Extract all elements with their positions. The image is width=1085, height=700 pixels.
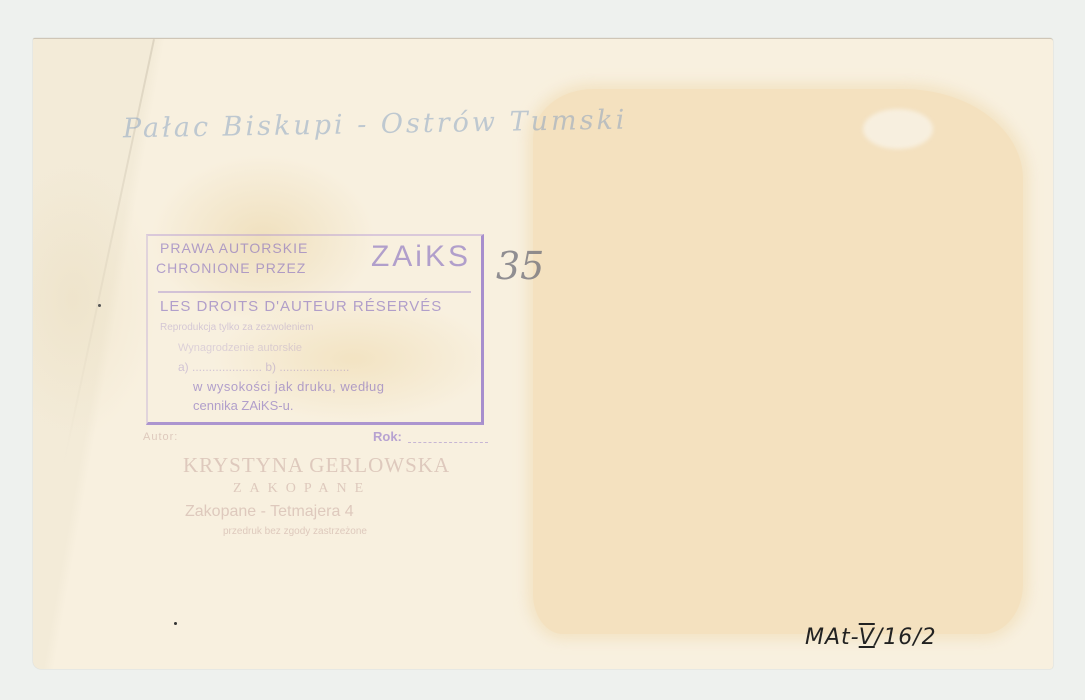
pencil-number: 35: [496, 244, 544, 288]
stamp-line-1: PRAWA AUTORSKIE: [160, 240, 308, 256]
stamp-divider: [158, 291, 471, 293]
stamp-line-8: cennika ZAiKS-u.: [193, 398, 293, 413]
stamp-brand: ZAiKS: [371, 240, 471, 274]
stamp-line-2: CHRONIONE PRZEZ: [156, 260, 306, 276]
crease-line: [62, 39, 155, 470]
photo-back-card: Pałac Biskupi - Ostrów Tumski PRAWA AUTO…: [33, 38, 1053, 669]
catalog-suffix: /16/2: [875, 625, 937, 650]
photographer-address: Zakopane - Tetmajera 4: [185, 503, 354, 521]
stamp-line-6: a) ..................... b) ............…: [178, 360, 349, 374]
catalog-prefix: MAt-: [805, 625, 859, 650]
paper-residue-patch: [533, 89, 1023, 634]
stamp-line-7: w wysokości jak druku, według: [193, 379, 385, 394]
catalog-roman: V: [859, 625, 875, 650]
dust-speck: [98, 304, 101, 307]
photographer-name: KRYSTYNA GERLOWSKA: [183, 453, 450, 478]
photographer-city: ZAKOPANE: [233, 481, 371, 497]
stamp-line-4: Reprodukcja tylko za zezwoleniem: [160, 322, 313, 333]
pencil-number-text: 35: [496, 244, 544, 288]
photographer-label: Autor:: [143, 431, 178, 443]
stamp-year-line: [408, 442, 488, 443]
stamp-line-3: LES DROITS D'AUTEUR RÉSERVÉS: [160, 298, 442, 315]
zaiks-copyright-stamp: PRAWA AUTORSKIE CHRONIONE PRZEZ ZAiKS LE…: [146, 234, 484, 425]
dust-speck: [174, 622, 177, 625]
catalog-number: MAt-V/16/2: [805, 625, 937, 650]
stamp-line-5: Wynagrodzenie autorskie: [178, 342, 302, 354]
photographer-note: przedruk bez zgody zastrzeżone: [223, 526, 367, 537]
stamp-year-label: Rok:: [373, 429, 402, 444]
